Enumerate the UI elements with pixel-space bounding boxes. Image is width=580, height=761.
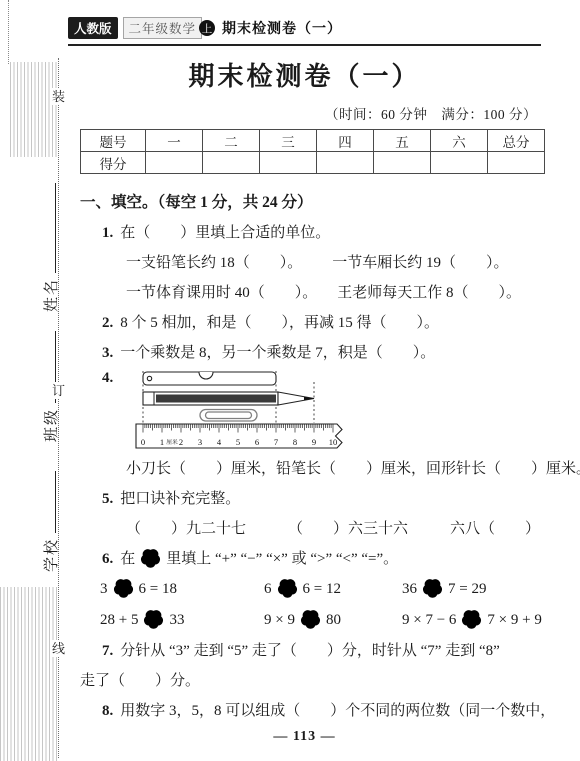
question-number: 8. <box>102 703 113 719</box>
ruler-measurement-figure: 0 1 厘米 2 3 4 5 6 7 8 9 10 <box>128 368 352 450</box>
score-header-cell: 二 <box>203 130 260 152</box>
name-fill-line <box>42 183 56 273</box>
binding-char-ding: 订 <box>51 382 66 399</box>
knife-illustration <box>143 372 276 385</box>
paperclip-illustration <box>200 410 257 422</box>
question-number: 6. <box>102 551 113 567</box>
ruler-illustration: 0 1 厘米 2 3 4 5 6 7 8 9 10 <box>136 424 342 448</box>
school-fill-line <box>42 471 56 533</box>
question-3: 3.一个乘数是 8，另一个乘数是 7，积是（ ）。 <box>80 338 558 368</box>
cloud-blank-icon <box>298 608 323 630</box>
equation: 367 = 29 <box>402 574 558 605</box>
question-text: 分针从 “3” 走到 “5” 走了（ ）分，时针从 “7” 走到 “8” <box>120 643 500 659</box>
cloud-blank-icon <box>420 577 445 599</box>
score-empty-cell <box>431 152 488 174</box>
ruler-unit-label: 厘米 <box>166 438 178 446</box>
question-number: 2. <box>102 315 113 331</box>
score-row-label: 得分 <box>81 152 146 174</box>
question-text: 8 个 5 相加，和是（ ），再减 15 得（ ）。 <box>120 315 439 331</box>
question-1-line-2: 一节体育课用时 40（ ）。 王老师每天工作 8（ ）。 <box>80 278 558 308</box>
equation: 9 × 980 <box>264 605 402 636</box>
score-header-cell: 题号 <box>81 130 146 152</box>
ruler-number: 3 <box>198 437 202 447</box>
question-5-items: （ ）九二十七 （ ）六三十六 六八（ ） <box>80 514 558 544</box>
score-empty-cell <box>146 152 203 174</box>
mnemonic-blank: （ ）九二十七 <box>126 514 246 544</box>
school-field: 学校 <box>40 471 61 572</box>
equation: 66 = 12 <box>264 574 402 605</box>
ruler-number: 5 <box>236 437 240 447</box>
question-5: 5.把口诀补充完整。 <box>80 484 558 514</box>
question-number: 1. <box>102 225 113 241</box>
score-header-cell: 总分 <box>488 130 545 152</box>
question-text: 一节体育课用时 40（ ）。 <box>126 278 317 308</box>
question-text: 把口诀补充完整。 <box>120 491 240 507</box>
binding-hatch-top <box>10 62 58 157</box>
question-text: 王老师每天工作 8（ ）。 <box>337 278 521 308</box>
ruler-number: 6 <box>255 437 259 447</box>
question-6: 6.在里填上 “+” “−” “×” 或 “>” “<” “=”。 <box>80 544 558 574</box>
binding-hatch-bottom <box>0 587 58 761</box>
score-empty-cell <box>260 152 317 174</box>
question-number: 3. <box>102 345 113 361</box>
edition-badge: 人教版 <box>68 17 118 39</box>
score-table-score-row: 得分 <box>81 152 545 174</box>
cloud-blank-icon <box>275 577 300 599</box>
question-6-equations-row-2: 28 + 533 9 × 980 9 × 7 − 67 × 9 + 9 <box>80 605 558 636</box>
mnemonic-blank: 六八（ ） <box>450 514 540 544</box>
score-header-cell: 五 <box>374 130 431 152</box>
equation: 28 + 533 <box>100 605 264 636</box>
page-header: 人教版 二年级数学 上 期末检测卷（一） <box>68 17 541 46</box>
question-text: 一支铅笔长约 18（ ）。 <box>126 248 302 278</box>
cloud-blank-icon <box>141 608 166 630</box>
question-2: 2.8 个 5 相加，和是（ ），再减 15 得（ ）。 <box>80 308 558 338</box>
question-text: 在（ ）里填上合适的单位。 <box>120 225 330 241</box>
question-8: 8.用数字 3，5，8 可以组成（ ）个不同的两位数（同一个数中， <box>80 696 558 726</box>
section-fill-in-blanks: 一、填空。（每空 1 分，共 24 分） 1.在（ ）里填上合适的单位。 一支铅… <box>80 188 558 726</box>
exam-paper-page: { "header": { "edition_badge": "人教版", "g… <box>0 0 580 761</box>
name-field-label: 姓名 <box>44 278 60 312</box>
question-text: 一个乘数是 8，另一个乘数是 7，积是（ ）。 <box>120 345 435 361</box>
class-field-label: 班级 <box>44 408 60 442</box>
question-number: 4. <box>102 368 113 387</box>
question-text: 里填上 “+” “−” “×” 或 “>” “<” “=”。 <box>166 551 398 567</box>
cloud-blank-icon <box>138 547 163 569</box>
score-header-cell: 三 <box>260 130 317 152</box>
score-header-cell: 六 <box>431 130 488 152</box>
ruler-number: 8 <box>293 437 297 447</box>
cloud-blank-icon <box>111 577 136 599</box>
question-4-caption: 小刀长（ ）厘米，铅笔长（ ）厘米，回形针长（ ）厘米。 <box>80 454 558 484</box>
series-label: 期末检测卷（一） <box>222 18 342 38</box>
mnemonic-blank: （ ）六三十六 <box>288 514 408 544</box>
ruler-number: 9 <box>312 437 316 447</box>
ruler-number: 1 <box>160 437 164 447</box>
question-number: 5. <box>102 491 113 507</box>
pencil-illustration <box>143 392 314 405</box>
score-empty-cell <box>374 152 431 174</box>
binding-char-zhuang: 装 <box>51 88 66 105</box>
question-7: 7.分针从 “3” 走到 “5” 走了（ ）分，时针从 “7” 走到 “8” <box>80 636 558 666</box>
question-7-continuation: 走了（ ）分。 <box>80 666 558 696</box>
question-number: 7. <box>102 643 113 659</box>
ruler-number: 0 <box>141 437 145 447</box>
question-1: 1.在（ ）里填上合适的单位。 <box>80 218 558 248</box>
school-field-label: 学校 <box>44 538 60 572</box>
score-header-cell: 四 <box>317 130 374 152</box>
score-table: 题号 一 二 三 四 五 六 总分 得分 <box>80 129 545 174</box>
score-empty-cell <box>203 152 260 174</box>
equation: 36 = 18 <box>100 574 264 605</box>
question-6-equations-row-1: 36 = 18 66 = 12 367 = 29 <box>80 574 558 605</box>
page-number: — 113 — <box>68 729 541 745</box>
ruler-number: 10 <box>329 437 338 447</box>
name-field: 姓名 <box>40 183 61 312</box>
section-heading: 一、填空。（每空 1 分，共 24 分） <box>80 188 558 218</box>
grade-label: 二年级数学 <box>123 17 203 39</box>
question-text: 一节车厢长约 19（ ）。 <box>332 248 508 278</box>
question-1-line-1: 一支铅笔长约 18（ ）。 一节车厢长约 19（ ）。 <box>80 248 558 278</box>
question-4: 4. 0 <box>80 368 558 454</box>
ruler-number: 7 <box>274 437 278 447</box>
volume-badge: 上 <box>199 20 215 36</box>
score-empty-cell <box>317 152 374 174</box>
question-text: 用数字 3，5，8 可以组成（ ）个不同的两位数（同一个数中， <box>120 703 555 719</box>
page-trim-line <box>8 0 9 64</box>
question-text: 在 <box>120 551 135 567</box>
score-header-cell: 一 <box>146 130 203 152</box>
binding-char-xian: 线 <box>51 640 66 657</box>
score-table-header-row: 题号 一 二 三 四 五 六 总分 <box>81 130 545 152</box>
ruler-number: 2 <box>179 437 183 447</box>
exam-meta: （时间：60 分钟 满分：100 分） <box>325 103 537 123</box>
page-title: 期末检测卷（一） <box>68 56 541 93</box>
cloud-blank-icon <box>459 608 484 630</box>
score-empty-cell <box>488 152 545 174</box>
equation: 9 × 7 − 67 × 9 + 9 <box>402 605 558 636</box>
